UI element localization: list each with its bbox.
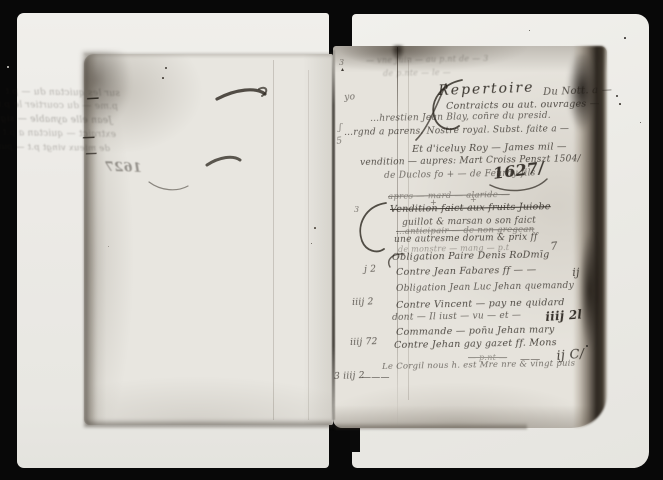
manuscript-scan: ——— sur les quictan du — p.tp.me — du co… xyxy=(0,0,663,480)
left-page-swash-top xyxy=(217,90,265,99)
left-page-arc xyxy=(149,182,188,190)
entry-c-swash xyxy=(360,203,386,251)
calligraphic-flourishes xyxy=(0,0,663,480)
left-page-swash-mid xyxy=(207,157,240,165)
year-underline-swash xyxy=(490,179,547,191)
obligation-o-swash xyxy=(389,254,404,267)
heading-initial-tail xyxy=(416,84,446,140)
